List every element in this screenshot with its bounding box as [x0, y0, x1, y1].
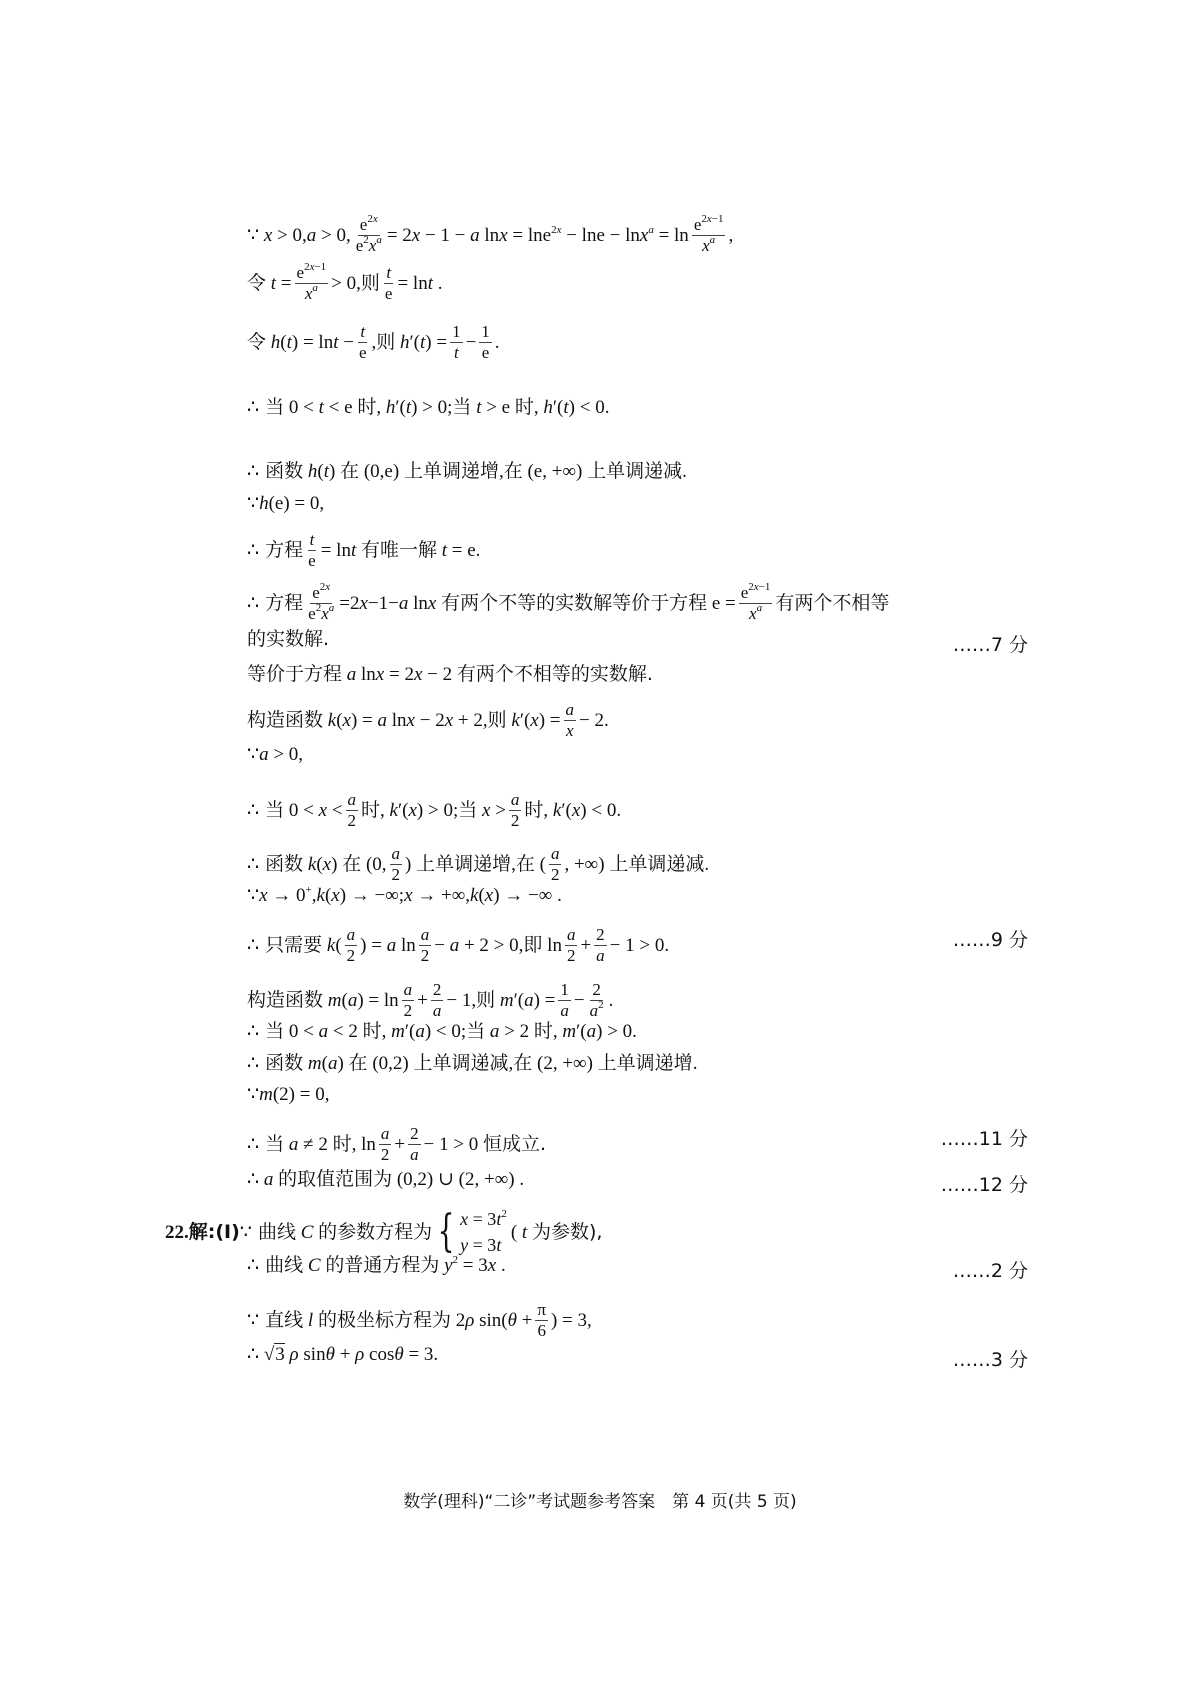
text: 在 — [342, 855, 361, 874]
text: 曲线 — [258, 1223, 296, 1242]
text: 时 — [515, 398, 534, 417]
therefore-symbol: ∴ — [247, 398, 259, 417]
line-2: 令 t = e2x−1xa > 0,则 te= lnt . — [247, 263, 442, 303]
parametric-system: { x = 3t2y = 3t — [432, 1210, 507, 1254]
therefore-symbol: ∴ — [247, 801, 259, 820]
text: 在 — [513, 1054, 532, 1073]
because-symbol: ∵ — [247, 226, 259, 245]
question-22: 22. 解:(Ⅰ) ∵ 曲线 C 的参数方程为 { x = 3t2y = 3t … — [165, 1210, 602, 1254]
text: 时 — [534, 1022, 553, 1041]
text: 上单调递减 — [609, 855, 704, 874]
therefore-symbol: ∴ — [247, 594, 259, 613]
question-number: 22. — [165, 1223, 189, 1242]
line-6: ∵ h(e) = 0, — [247, 494, 324, 513]
line-21: ∴ 当 a ≠ 2 时 , lna2 +2a − 1 > 0 恒成立. — [247, 1124, 546, 1164]
because-symbol: ∵ — [247, 1311, 259, 1330]
text: 恒成立. — [483, 1135, 546, 1154]
line-4: ∴ 当 0 < t < e 时 , h′(t) > 0;当 t > e 时 , … — [247, 398, 609, 417]
text: 函数 — [265, 855, 303, 874]
therefore-symbol: ∴ — [247, 1022, 259, 1041]
text: 的普通方程为 — [325, 1256, 439, 1275]
line-12: ∵ a > 0, — [247, 745, 303, 764]
therefore-symbol: ∴ — [247, 541, 259, 560]
text: 构造函数 — [247, 991, 323, 1010]
because-symbol: ∵ — [247, 1085, 259, 1104]
because-symbol: ∵ — [247, 886, 259, 905]
text: 函数 — [265, 1054, 303, 1073]
text: 的极坐标方程为 — [318, 1311, 451, 1330]
line-8: ∴ 方程 e2xe2xa =2x−1−a lnx 有两个不等的实数解等价于方程 … — [247, 583, 889, 623]
text: 则 — [476, 991, 495, 1010]
text: 则 — [376, 333, 395, 352]
text: 当 — [265, 398, 284, 417]
line-18: ∴ 当 0 < a < 2 时 , m′(a) < 0;当 a > 2 时 , … — [247, 1022, 637, 1041]
line-3: 令 h(t) = lnt − te ,则 h′(t) = 1t− 1e. — [247, 322, 500, 362]
text: 在 — [516, 855, 535, 874]
text: 方程 — [265, 594, 303, 613]
line-19: ∴ 函数 m(a) 在 (0,2) 上单调递减 ,在 (2, +∞) 上单调递增… — [247, 1054, 697, 1073]
text: 时 — [333, 1135, 352, 1154]
text: 在 — [504, 462, 523, 481]
score-9: ……9 分 — [953, 925, 1028, 952]
text: 等价于方程 — [247, 665, 342, 684]
line-5: ∴ 函数 h(t) 在 (0,e) 上单调递增 ,在 (e, +∞) 上单调递减… — [247, 462, 687, 481]
text: 即 — [523, 936, 542, 955]
score-3: ……3 分 — [953, 1345, 1028, 1372]
text: 为参数), — [532, 1223, 602, 1242]
therefore-symbol: ∴ — [247, 1054, 259, 1073]
line-14: ∴ 函数 k(x) 在 (0,a2) 上单调递增 ,在 (a2, +∞) 上单调… — [247, 844, 709, 884]
because-symbol: ∵ — [240, 1223, 252, 1242]
text: 的实数解. — [247, 630, 329, 649]
text: 有唯一解 — [361, 541, 437, 560]
text: 函数 — [265, 462, 303, 481]
text: 令 — [247, 274, 266, 293]
text: 在 — [340, 462, 359, 481]
text: 当 — [265, 801, 284, 820]
therefore-symbol: ∴ — [247, 1135, 259, 1154]
text: 有两个不等的实数解等价于方程 — [441, 594, 707, 613]
page-footer: 数学(理科)“二诊”考试题参考答案 第 4 页(共 5 页) — [0, 1487, 1200, 1512]
text: 则 — [488, 711, 507, 730]
line-7: ∴ 方程 te = lnt 有唯一解 t = e. — [247, 530, 480, 570]
score-7: ……7 分 — [953, 630, 1028, 657]
line-15: ∵ x → 0+,k(x) → −∞;x → +∞,k(x) → −∞ . — [247, 886, 562, 905]
line-16: ∴ 只需要 k(a2) = a ln a2 − a + 2 > 0,即 lna2… — [247, 925, 669, 965]
text: 解:(Ⅰ) — [189, 1223, 240, 1242]
text: 则 — [361, 274, 380, 293]
text: 上单调递增 — [404, 462, 499, 481]
text: 的取值范围为 — [278, 1170, 392, 1189]
therefore-symbol: ∴ — [247, 1345, 259, 1364]
therefore-symbol: ∴ — [247, 1256, 259, 1275]
score-2: ……2 分 — [953, 1256, 1028, 1283]
line-1: ∵ x > 0,a > 0, e2xe2xa = 2x − 1 − a lnx … — [247, 215, 733, 255]
text: 时 — [361, 801, 380, 820]
line-10: 等价于方程 a lnx = 2x − 2 有两个不相等的实数解. — [247, 665, 653, 684]
text: 曲线 — [265, 1256, 303, 1275]
line-11: 构造函数 k(x) = a lnx − 2x + 2, 则 k′(x) = ax… — [247, 700, 609, 740]
text: 当 — [452, 398, 471, 417]
text: 当 — [458, 801, 477, 820]
text: 令 — [247, 333, 266, 352]
therefore-symbol: ∴ — [247, 936, 259, 955]
text: 在 — [349, 1054, 368, 1073]
line-22: ∴ a 的取值范围为 (0,2) ∪ (2, +∞) . — [247, 1170, 524, 1189]
text: 有两个不相等的实数解. — [457, 665, 653, 684]
line-24: ∴ 曲线 C 的普通方程为 y2 = 3x . — [247, 1256, 506, 1275]
text: 上单调递增 — [598, 1054, 693, 1073]
therefore-symbol: ∴ — [247, 462, 259, 481]
text: 上单调递减 — [587, 462, 682, 481]
text: 直线 — [265, 1311, 303, 1330]
text: 时 — [524, 801, 543, 820]
line-20: ∵ m(2) = 0, — [247, 1085, 329, 1104]
because-symbol: ∵ — [247, 745, 259, 764]
text: 当 — [265, 1135, 284, 1154]
text: 有两个不相等 — [775, 594, 889, 613]
line-25: ∵ 直线 l 的极坐标方程为 2ρ sin(θ + π6) = 3, — [247, 1300, 592, 1340]
text: 方程 — [265, 541, 303, 560]
line-13: ∴ 当 0 < x < a2 时 , k′(x) > 0;当 x > a2 时 … — [247, 790, 621, 830]
fraction: e2xe2xa — [354, 215, 384, 255]
text: 当 — [265, 1022, 284, 1041]
line-17: 构造函数 m(a) = ln a2+ 2a− 1, 则 m′(a) = 1a− … — [247, 980, 613, 1020]
line-9: 的实数解. — [247, 630, 957, 649]
text: 时 — [357, 398, 376, 417]
score-11: ……11 分 — [941, 1124, 1028, 1151]
line-26: ∴ √3 ρ sinθ + ρ cosθ = 3. — [247, 1345, 438, 1364]
text: 构造函数 — [247, 711, 323, 730]
because-symbol: ∵ — [247, 494, 259, 513]
text: 时 — [363, 1022, 382, 1041]
text: 上单调递增 — [416, 855, 511, 874]
therefore-symbol: ∴ — [247, 855, 259, 874]
text: 的参数方程为 — [318, 1223, 432, 1242]
text: 只需要 — [265, 936, 322, 955]
therefore-symbol: ∴ — [247, 1170, 259, 1189]
score-12: ……12 分 — [941, 1170, 1028, 1197]
text: 上单调递减 — [413, 1054, 508, 1073]
text: 当 — [466, 1022, 485, 1041]
